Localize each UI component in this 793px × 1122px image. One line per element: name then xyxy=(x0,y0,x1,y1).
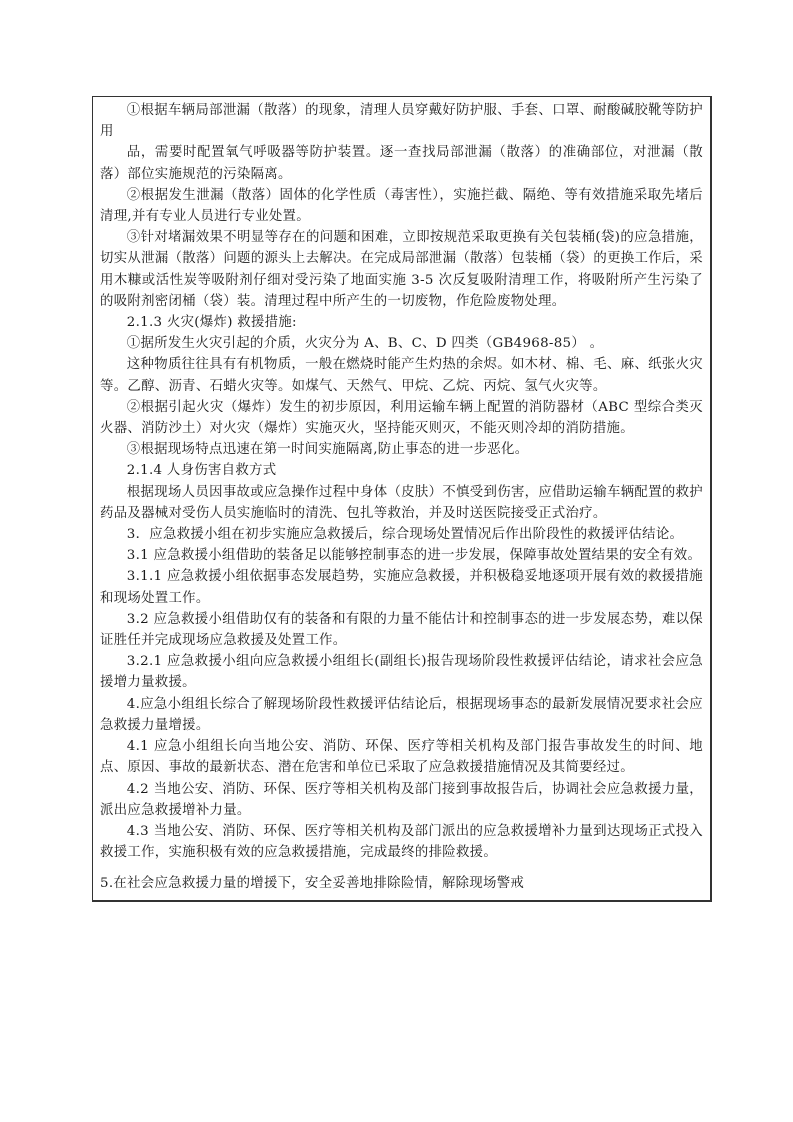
paragraph-fire-extinguish: ②根据引起火灾（爆炸）发生的初步原因，利用运输车辆上配置的消防器材（ABC 型综… xyxy=(100,397,703,439)
paragraph-leak-ppe-1: ①根据车辆局部泄漏（散落）的现象，清理人员穿戴好防护服、手套、口罩、耐酸碱胶靴等… xyxy=(100,100,703,142)
paragraph-leak-replacement: ③针对堵漏效果不明显等存在的问题和困难，立即按规范采取更换有关包装桶(袋)的应急… xyxy=(100,227,703,312)
paragraph-3-assessment: 3．应急救援小组在初步实施应急救援后，综合现场处置情况后作出阶段性的救援评估结论… xyxy=(100,524,703,545)
paragraph-leak-ppe-2: 品，需要时配置氧气呼吸器等防护装置。逐一查找局部泄漏（散落）的准确部位，对泄漏（… xyxy=(100,142,703,184)
paragraph-4-3: 4.3 当地公安、消防、环保、医疗等相关机构及部门派出的应急救援增补力量到达现场… xyxy=(100,821,703,863)
paragraph-fire-isolation: ③根据现场特点迅速在第一时间实施隔离,防止事态的进一步恶化。 xyxy=(100,439,703,460)
paragraph-3-2: 3.2 应急救援小组借助仅有的装备和有限的力量不能估计和控制事态的进一步发展态势… xyxy=(100,609,703,651)
paragraph-4-1: 4.1 应急小组组长向当地公安、消防、环保、医疗等相关机构及部门报告事故发生的时… xyxy=(100,736,703,778)
heading-2-1-4-self-rescue: 2.1.4 人身伤害自救方式 xyxy=(100,460,703,481)
paragraph-4-2: 4.2 当地公安、消防、环保、医疗等相关机构及部门接到事故报告后，协调社会应急救… xyxy=(100,779,703,821)
paragraph-4: 4.应急小组组长综合了解现场阶段性救援评估结论后，根据现场事态的最新发展情况要求… xyxy=(100,694,703,736)
paragraph-fire-materials: 这种物质往往具有有机物质，一般在燃烧时能产生灼热的余烬。如木材、棉、毛、麻、纸张… xyxy=(100,354,703,396)
content-frame: ①根据车辆局部泄漏（散落）的现象，清理人员穿戴好防护服、手套、口罩、耐酸碱胶靴等… xyxy=(92,96,712,902)
paragraph-3-1: 3.1 应急救援小组借助的装备足以能够控制事态的进一步发展，保障事故处置结果的安… xyxy=(100,545,703,566)
paragraph-injury-treatment: 根据现场人员因事故或应急操作过程中身体（皮肤）不慎受到伤害，应借助运输车辆配置的… xyxy=(100,482,703,524)
heading-2-1-3-fire-rescue: 2.1.3 火灾(爆炸) 救援措施: xyxy=(100,312,703,333)
paragraph-fire-classes: ①据所发生火灾引起的介质，火灾分为 A、B、C、D 四类（GB4968-85） … xyxy=(100,333,703,354)
paragraph-3-2-1: 3.2.1 应急救援小组向应急救援小组组长(副组长)报告现场阶段性救援评估结论，… xyxy=(100,651,703,693)
paragraph-5: 5.在社会应急救援力量的增援下，安全妥善地排除险情，解除现场警戒 xyxy=(100,873,703,894)
paragraph-leak-isolation: ②根据发生泄漏（散落）固体的化学性质（毒害性），实施拦截、隔绝、等有效措施采取先… xyxy=(100,185,703,227)
paragraph-3-1-1: 3.1.1 应急救援小组依据事态发展趋势，实施应急救援，并积极稳妥地逐项开展有效… xyxy=(100,566,703,608)
